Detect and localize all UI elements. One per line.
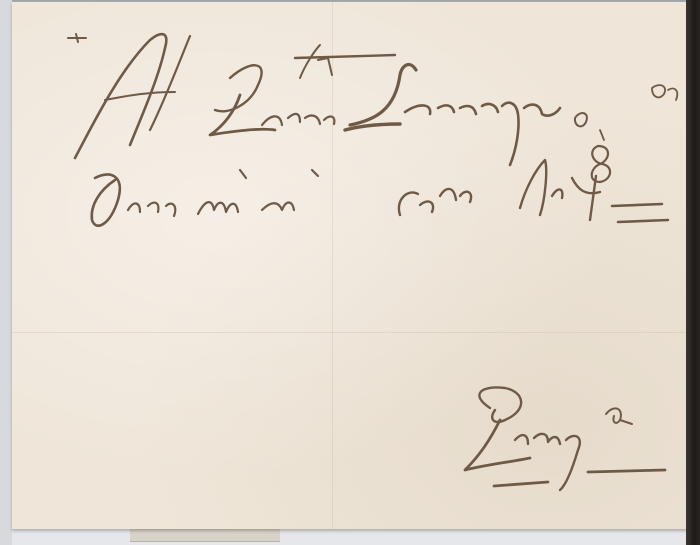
handwriting-ink xyxy=(0,0,700,545)
corner-cross-mark xyxy=(68,34,86,42)
